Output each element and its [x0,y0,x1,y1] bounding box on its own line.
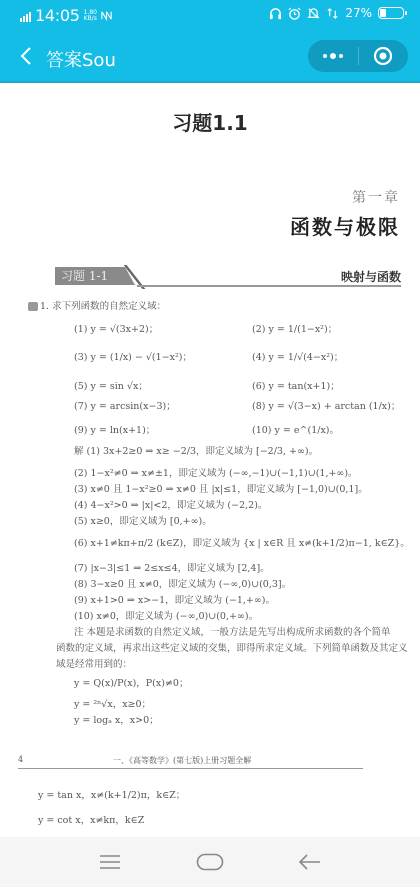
solution-5: (5) x≥0，即定义域为 [0,+∞)。 [74,513,212,527]
solution-3: (3) x≠0 且 1−x²≥0 ⇒ x≠0 且 |x|≤1，即定义域为 [−1… [74,481,368,495]
question-icon [28,302,38,311]
nfc-icon [100,9,113,22]
section-header: 习题 1-1 映射与函数 [55,267,401,287]
clock: 14:05 [35,6,80,25]
problem-6: (6) y = tan(x+1)； [252,378,340,392]
book-title: 一、《高等数学》(第七版)上册习题全解 [113,755,251,766]
mini-program-navbar: 答案Sou [0,30,420,83]
back-arrow-icon [299,854,321,870]
alarm-icon [288,7,301,20]
document-viewer[interactable]: 习题1.1 第一章 函数与极限 习题 1-1 映射与函数 1. 求下列函数的自然… [0,85,420,840]
problem-9: (9) y = ln(x+1)； [74,422,155,436]
page-title: 答案Sou [46,46,116,72]
menu-icon [99,855,121,869]
note-formula-1: y = Q(x)/P(x)，P(x)≠0； [74,675,188,689]
question-intro: 1. 求下列函数的自然定义域： [28,298,166,312]
solution-10: (10) x≠0，即定义域为 (−∞,0)∪(0,+∞)。 [74,608,258,622]
page-number: 4 [18,755,23,764]
solution-1: 解 (1) 3x+2≥0 ⇒ x≥ −2/3，即定义域为 [−2/3, +∞)。 [74,443,318,457]
solution-4: (4) 4−x²>0 ⇒ |x|<2，即定义域为 (−2,2)。 [74,497,267,511]
next-page-line-2: y = cot x，x≠kπ，k∈Z [38,812,144,826]
back-button[interactable] [12,42,40,70]
status-left: 14:05 1.80 KB/s [20,6,113,25]
more-dots-icon [322,52,344,60]
status-right: 27% [269,6,404,20]
battery-icon [378,7,404,19]
home-icon [196,853,224,871]
menu-button[interactable] [90,847,130,877]
problem-8: (8) y = √(3−x) + arctan (1/x)； [252,398,400,412]
section-tag: 习题 1-1 [55,267,125,285]
problem-3: (3) y = (1/x) − √(1−x²)； [74,349,192,363]
solution-7: (7) |x−3|≤1 ⇒ 2≤x≤4，即定义域为 [2,4]。 [74,560,270,574]
battery-percent: 27% [345,6,372,20]
page-footer: 4 一、《高等数学》(第七版)上册习题全解 [18,753,363,769]
mute-icon [307,7,320,20]
chapter-title: 函数与极限 [290,211,400,240]
signal-icon [20,10,31,22]
headphones-icon [269,7,282,20]
note-formula-3: y = logₐ x，x>0； [74,712,159,726]
solution-6: (6) x+1≠kπ+π/2 (k∈Z)，即定义域为 {x | x∈R 且 x≠… [74,535,410,549]
status-bar: 14:05 1.80 KB/s 27% [0,0,420,30]
target-close-icon [373,46,393,66]
problem-5: (5) y = sin √x； [74,378,148,392]
home-button[interactable] [190,847,230,877]
note-line-1: 注 本题是求函数的自然定义域，一般方法是先写出构成所求函数的各个简单 [74,624,391,638]
capsule-menu [308,40,408,72]
data-icon [326,7,339,20]
note-line-2: 函数的定义域，再求出这些定义域的交集，即得所求定义域。下列简单函数及其定义 [56,640,408,654]
section-rule [137,285,401,287]
problem-1: (1) y = √(3x+2)； [74,321,158,335]
back-nav-button[interactable] [290,847,330,877]
solution-2: (2) 1−x²≠0 ⇒ x≠±1，即定义域为 (−∞,−1)∪(−1,1)∪(… [74,465,358,479]
more-button[interactable] [308,40,358,72]
solution-8: (8) 3−x≥0 且 x≠0，即定义域为 (−∞,0)∪(0,3]。 [74,576,291,590]
exercise-title: 习题1.1 [0,107,420,136]
next-page-line-1: y = tan x，x≠(k+1/2)π，k∈Z； [38,787,185,801]
solution-9: (9) x+1>0 ⇒ x>−1，即定义域为 (−1,+∞)。 [74,592,275,606]
net-speed: 1.80 KB/s [84,10,96,22]
problem-2: (2) y = 1/(1−x²)； [252,321,337,335]
note-formula-2: y = ²ⁿ√x，x≥0； [74,696,151,710]
chapter-number: 第一章 [352,187,400,207]
system-nav-bar [0,837,420,887]
problem-4: (4) y = 1/√(4−x²)； [252,349,343,363]
close-button[interactable] [359,40,409,72]
problem-10: (10) y = e^(1/x)。 [252,422,339,436]
section-name: 映射与函数 [341,268,401,285]
chevron-left-icon [19,46,33,66]
problem-7: (7) y = arcsin(x−3)； [74,398,176,412]
note-line-3: 域是经常用到的： [56,656,132,670]
